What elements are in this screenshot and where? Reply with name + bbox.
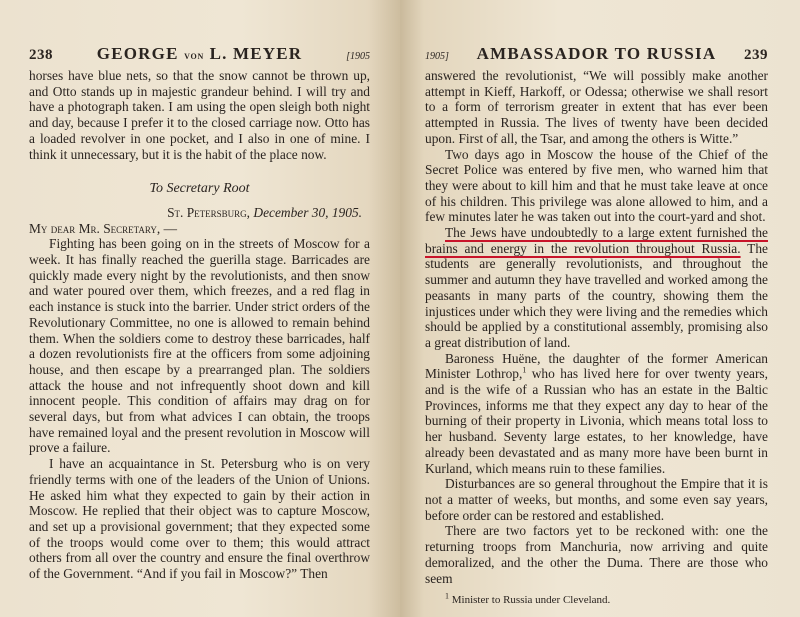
dateline: St. Petersburg, December 30, 1905. [29, 205, 370, 221]
right-page-body: answered the revolutionist, “We will pos… [425, 68, 768, 606]
running-head: GEORGE von L. MEYER [97, 44, 302, 64]
salutation: My dear Mr. Secretary, — [29, 221, 370, 237]
year-mark: [1905 [346, 51, 370, 62]
right-page-header: 1905] AMBASSADOR TO RUSSIA 239 [425, 44, 768, 64]
book-spread: 238 GEORGE von L. MEYER [1905 horses hav… [0, 0, 800, 617]
paragraph: There are two factors yet to be reckoned… [425, 523, 768, 586]
footnote: 1 Minister to Russia under Cleveland. [425, 594, 768, 606]
paragraph-rest: who has lived here for over twenty years… [425, 366, 768, 475]
footnote-text: Minister to Russia under Cleveland. [452, 594, 611, 606]
year-mark: 1905] [425, 51, 449, 62]
paragraph: Baroness Huëne, the daughter of the form… [425, 351, 768, 477]
continued-paragraph: answered the revolutionist, “We will pos… [425, 68, 768, 147]
paragraph: Fighting has been going on in the street… [29, 236, 370, 456]
left-page-body: horses have blue nets, so that the snow … [29, 68, 370, 582]
paragraph-rest: The students are generally revolutionist… [425, 241, 768, 350]
left-page-header: 238 GEORGE von L. MEYER [1905 [29, 44, 370, 64]
paragraph: Disturbances are so general throughout t… [425, 476, 768, 523]
running-head-part: L. MEYER [210, 44, 303, 63]
running-head-part: GEORGE [97, 44, 179, 63]
page-number: 239 [744, 47, 768, 64]
continued-paragraph: horses have blue nets, so that the snow … [29, 68, 370, 162]
paragraph: The Jews have undoubtedly to a large ext… [425, 225, 768, 351]
highlighted-passage: The Jews have undoubtedly to a large ext… [425, 225, 768, 256]
dateline-place: St. Petersburg, [167, 205, 250, 220]
dateline-date: December 30, 1905. [253, 205, 362, 220]
paragraph: I have an acquaintance in St. Petersburg… [29, 456, 370, 582]
right-page: 1905] AMBASSADOR TO RUSSIA 239 answered … [400, 0, 800, 617]
left-page: 238 GEORGE von L. MEYER [1905 horses hav… [0, 0, 400, 617]
page-number: 238 [29, 47, 53, 64]
footnote-mark: 1 [445, 592, 449, 601]
paragraph: Two days ago in Moscow the house of the … [425, 147, 768, 226]
running-head: AMBASSADOR TO RUSSIA [477, 44, 717, 64]
running-head-part: von [184, 48, 204, 62]
letter-heading: To Secretary Root [29, 181, 370, 197]
